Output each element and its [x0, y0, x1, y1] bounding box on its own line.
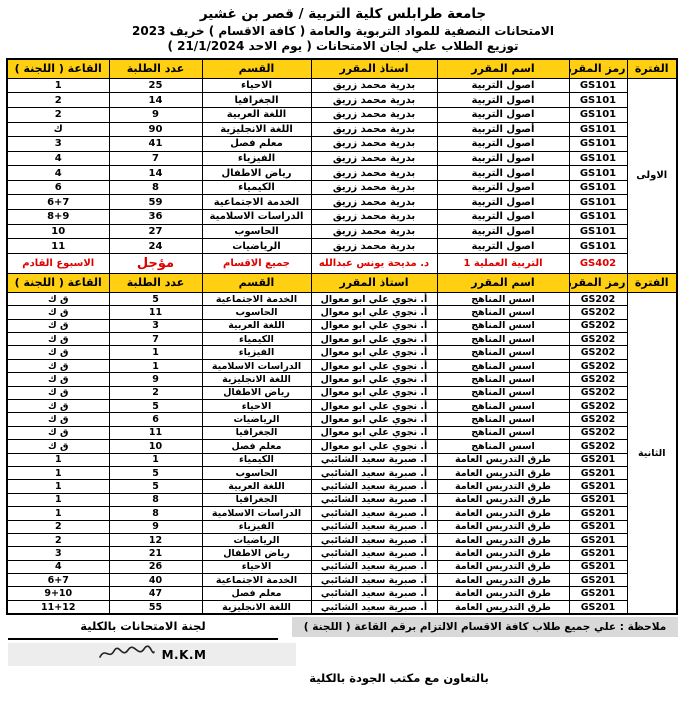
cell-room: 8+9 [7, 210, 109, 225]
cell-count: 7 [109, 333, 202, 346]
cell-count: 55 [109, 600, 202, 614]
exam-row: GS101اصول التربيةبدرية محمد زريقالحاسوب2… [7, 224, 677, 239]
cell-dept: الخدمة الاجتماعية [202, 195, 311, 210]
exam-row: GS101اصول التربيةبدرية محمد زريقاللغة ال… [7, 107, 677, 122]
cell-room: ق ك [7, 306, 109, 319]
cell-code: GS101 [569, 224, 627, 239]
col-header-count: عدد الطلبة [109, 59, 202, 79]
cell-dept: الاحياء [202, 399, 311, 412]
exam-row: GS202اسس المناهجأ. نجوي علي ابو معوالالل… [7, 373, 677, 386]
cell-dept: الحاسوب [202, 306, 311, 319]
exam-row: GS101اصول التربيةبدرية محمد زريقالجغرافي… [7, 93, 677, 108]
cell-code: GS202 [569, 413, 627, 426]
cell-code: GS202 [569, 346, 627, 359]
cell-course: التربية العملية 1 [437, 253, 569, 273]
col-header-period: الفترة [627, 273, 677, 292]
cell-course: اسس المناهج [437, 292, 569, 305]
cell-code: GS201 [569, 520, 627, 533]
cell-dept: اللغة العربية [202, 319, 311, 332]
cell-course: اصول التربية [437, 166, 569, 181]
exam-row: GS101اصول التربيةبدرية محمد زريقالكيمياء… [7, 180, 677, 195]
cell-code: GS201 [569, 560, 627, 573]
cell-count: مؤجل [109, 253, 202, 273]
cell-teacher: أ. صبرية سعيد الشائبي [311, 493, 437, 506]
cell-code: GS101 [569, 180, 627, 195]
cell-teacher: بدرية محمد زريق [311, 107, 437, 122]
cell-teacher: أ. نجوي علي ابو معوال [311, 319, 437, 332]
cell-dept: الكيمياء [202, 180, 311, 195]
exam-row: GS201طرق التدريس العامةأ. صبرية سعيد الش… [7, 574, 677, 587]
cell-dept: جميع الاقسام [202, 253, 311, 273]
cell-course: اسس المناهج [437, 426, 569, 439]
cell-dept: الرياضيات [202, 413, 311, 426]
exam-row: GS202اسس المناهجأ. نجوي علي ابو معوالمعل… [7, 440, 677, 453]
cell-code: GS202 [569, 440, 627, 453]
cell-room: 11+12 [7, 600, 109, 614]
cell-teacher: بدرية محمد زريق [311, 151, 437, 166]
cell-code: GS101 [569, 137, 627, 152]
cell-room: 1 [7, 493, 109, 506]
cell-code: GS101 [569, 166, 627, 181]
cell-room: 1 [7, 480, 109, 493]
col-header-code: رمز المقرر [569, 59, 627, 79]
col-header-dept: القسم [202, 273, 311, 292]
cooperation-note: بالتعاون مع مكتب الجودة بالكلية [0, 671, 686, 685]
cell-course: اصول التربية [437, 137, 569, 152]
cell-dept: الدراسات الاسلامية [202, 359, 311, 372]
cell-code: GS402 [569, 253, 627, 273]
cell-teacher: بدرية محمد زريق [311, 239, 437, 254]
cell-room: 11 [7, 239, 109, 254]
cell-count: 1 [109, 453, 202, 466]
cell-teacher: أ. صبرية سعيد الشائبي [311, 480, 437, 493]
cell-code: GS202 [569, 306, 627, 319]
cell-teacher: أ. نجوي علي ابو معوال [311, 413, 437, 426]
cell-dept: الفيزياء [202, 346, 311, 359]
university-title: جامعة طرابلس كلية التربية / قصر بن غشير [0, 6, 686, 24]
cell-room: 2 [7, 520, 109, 533]
cell-code: GS101 [569, 93, 627, 108]
cell-dept: الجغرافيا [202, 493, 311, 506]
exam-row: GS101أصول التربيةبدرية محمد زريقاللغة ال… [7, 122, 677, 137]
cell-dept: الخدمة الاجتماعية [202, 292, 311, 305]
distribution-title: توزيع الطلاب علي لجان الامتحانات ( يوم ا… [0, 39, 686, 55]
cell-code: GS202 [569, 319, 627, 332]
exam-row: GS101اصول التربيةبدرية محمد زريقالخدمة ا… [7, 195, 677, 210]
cell-dept: الخدمة الاجتماعية [202, 574, 311, 587]
cell-course: طرق التدريس العامة [437, 520, 569, 533]
cell-room: ق ك [7, 399, 109, 412]
cell-course: اصول التربية [437, 195, 569, 210]
cell-code: GS201 [569, 547, 627, 560]
cell-dept: اللغة العربية [202, 107, 311, 122]
cell-teacher: أ. نجوي علي ابو معوال [311, 440, 437, 453]
cell-code: GS201 [569, 493, 627, 506]
cell-dept: رياض الاطفال [202, 386, 311, 399]
cell-dept: اللغة الانجليزية [202, 122, 311, 137]
exam-row: GS101اصول التربيةبدرية محمد زريقالرياضيا… [7, 239, 677, 254]
cell-code: GS101 [569, 195, 627, 210]
cell-teacher: أ. صبرية سعيد الشائبي [311, 547, 437, 560]
exam-schedule-table: الفترةرمز المقرراسم المقرراستاذ المقررال… [6, 58, 678, 616]
cell-code: GS201 [569, 600, 627, 614]
cell-teacher: بدرية محمد زريق [311, 166, 437, 181]
exam-row: GS201طرق التدريس العامةأ. صبرية سعيد الش… [7, 466, 677, 479]
cell-code: GS201 [569, 507, 627, 520]
cell-room: 6 [7, 180, 109, 195]
cell-course: اصول التربية [437, 180, 569, 195]
footer-row: ملاحظة : علي جميع طلاب كافة الاقسام الال… [8, 617, 678, 640]
col-header-teacher: استاذ المقرر [311, 59, 437, 79]
cell-count: 36 [109, 210, 202, 225]
cell-teacher: أ. نجوي علي ابو معوال [311, 373, 437, 386]
cell-count: 3 [109, 319, 202, 332]
cell-code: GS101 [569, 107, 627, 122]
cell-teacher: أ. نجوي علي ابو معوال [311, 346, 437, 359]
cell-room: 4 [7, 151, 109, 166]
cell-room: 2 [7, 107, 109, 122]
cell-teacher: أ. نجوي علي ابو معوال [311, 292, 437, 305]
cell-teacher: بدرية محمد زريق [311, 195, 437, 210]
cell-dept: الجغرافيا [202, 426, 311, 439]
cell-count: 9 [109, 373, 202, 386]
cell-course: اصول التربية [437, 93, 569, 108]
cell-teacher: أ. صبرية سعيد الشائبي [311, 600, 437, 614]
cell-count: 12 [109, 533, 202, 546]
cell-room: ق ك [7, 386, 109, 399]
cell-count: 5 [109, 466, 202, 479]
cell-room: 6+7 [7, 195, 109, 210]
committee-label: لجنة الامتحانات بالكلية [8, 617, 278, 640]
cell-code: GS201 [569, 587, 627, 600]
cell-dept: معلم فصل [202, 440, 311, 453]
exam-row: GS101اصول التربيةبدرية محمد زريقالدراسات… [7, 210, 677, 225]
exam-row: الثانيةGS202اسس المناهجأ. نجوي علي ابو م… [7, 292, 677, 305]
cell-course: اسس المناهج [437, 319, 569, 332]
col-header-room: القاعة ( اللجنة ) [7, 273, 109, 292]
cell-course: طرق التدريس العامة [437, 493, 569, 506]
cell-teacher: بدرية محمد زريق [311, 137, 437, 152]
cell-course: طرق التدريس العامة [437, 600, 569, 614]
cell-teacher: أ. صبرية سعيد الشائبي [311, 453, 437, 466]
cell-teacher: بدرية محمد زريق [311, 93, 437, 108]
cell-course: طرق التدريس العامة [437, 533, 569, 546]
cell-code: GS202 [569, 333, 627, 346]
cell-count: 1 [109, 359, 202, 372]
col-header-course: اسم المقرر [437, 59, 569, 79]
cell-course: طرق التدريس العامة [437, 466, 569, 479]
cell-code: GS101 [569, 210, 627, 225]
cell-room: 1 [7, 78, 109, 93]
cell-dept: الدراسات الاسلامية [202, 507, 311, 520]
cell-teacher: أ. صبرية سعيد الشائبي [311, 520, 437, 533]
cell-count: 8 [109, 507, 202, 520]
cell-teacher: أ. نجوي علي ابو معوال [311, 359, 437, 372]
cell-room: 4 [7, 166, 109, 181]
cell-dept: الدراسات الاسلامية [202, 210, 311, 225]
cell-count: 5 [109, 399, 202, 412]
col-header-count: عدد الطلبة [109, 273, 202, 292]
signature-scribble-icon [98, 644, 156, 666]
cell-room: ق ك [7, 319, 109, 332]
cell-count: 25 [109, 78, 202, 93]
cell-course: اسس المناهج [437, 399, 569, 412]
cell-course: اسس المناهج [437, 386, 569, 399]
cell-course: اصول التربية [437, 210, 569, 225]
cell-course: أصول التربية [437, 122, 569, 137]
cell-course: اسس المناهج [437, 373, 569, 386]
cell-code: GS201 [569, 453, 627, 466]
cell-dept: الحاسوب [202, 224, 311, 239]
exam-title: الامتحانات النصفية للمواد التربوية والعا… [0, 24, 686, 40]
cell-course: طرق التدريس العامة [437, 587, 569, 600]
cell-room: ق ك [7, 292, 109, 305]
cell-course: اسس المناهج [437, 333, 569, 346]
cell-code: GS201 [569, 574, 627, 587]
exam-row: GS202اسس المناهجأ. نجوي علي ابو معوالالد… [7, 359, 677, 372]
cell-room: ق ك [7, 373, 109, 386]
exam-row: GS202اسس المناهجأ. نجوي علي ابو معوالالا… [7, 399, 677, 412]
cell-course: طرق التدريس العامة [437, 574, 569, 587]
cell-dept: الرياضيات [202, 533, 311, 546]
cell-count: 10 [109, 440, 202, 453]
cell-count: 27 [109, 224, 202, 239]
cell-room: 2 [7, 93, 109, 108]
col-header-room: القاعة ( اللجنة ) [7, 59, 109, 79]
table-header-row: الفترةرمز المقرراسم المقرراستاذ المقررال… [7, 273, 677, 292]
exam-row: GS201طرق التدريس العامةأ. صبرية سعيد الش… [7, 453, 677, 466]
cell-room: 1 [7, 466, 109, 479]
cell-room: ق ك [7, 333, 109, 346]
cell-teacher: بدرية محمد زريق [311, 78, 437, 93]
cell-course: اصول التربية [437, 78, 569, 93]
cell-code: GS101 [569, 78, 627, 93]
cell-teacher: أ. صبرية سعيد الشائبي [311, 560, 437, 573]
cell-code: GS202 [569, 399, 627, 412]
cell-course: اسس المناهج [437, 346, 569, 359]
exam-row: GS101اصول التربيةبدرية محمد زريقرياض الا… [7, 166, 677, 181]
note-banner: ملاحظة : علي جميع طلاب كافة الاقسام الال… [292, 617, 678, 637]
exam-row: GS202اسس المناهجأ. نجوي علي ابو معوالالر… [7, 413, 677, 426]
signature-band: M.K.M [8, 643, 296, 666]
cell-dept: اللغة الانجليزية [202, 600, 311, 614]
cell-count: 59 [109, 195, 202, 210]
cell-teacher: أ. صبرية سعيد الشائبي [311, 574, 437, 587]
cell-count: 11 [109, 306, 202, 319]
cell-teacher: أ. نجوي علي ابو معوال [311, 386, 437, 399]
cell-code: GS101 [569, 122, 627, 137]
cell-dept: اللغة العربية [202, 480, 311, 493]
cell-count: 6 [109, 413, 202, 426]
exam-row: GS202اسس المناهجأ. نجوي علي ابو معوالالك… [7, 333, 677, 346]
exam-row: GS201طرق التدريس العامةأ. صبرية سعيد الش… [7, 533, 677, 546]
cell-dept: الفيزياء [202, 151, 311, 166]
cell-course: طرق التدريس العامة [437, 560, 569, 573]
col-header-code: رمز المقرر [569, 273, 627, 292]
table-header-row: الفترةرمز المقرراسم المقرراستاذ المقررال… [7, 59, 677, 79]
cell-dept: الجغرافيا [202, 93, 311, 108]
cell-code: GS202 [569, 426, 627, 439]
exam-row: GS201طرق التدريس العامةأ. صبرية سعيد الش… [7, 520, 677, 533]
cell-dept: الحاسوب [202, 466, 311, 479]
cell-room: 1 [7, 507, 109, 520]
cell-code: GS202 [569, 373, 627, 386]
cell-count: 40 [109, 574, 202, 587]
cell-code: GS202 [569, 386, 627, 399]
cell-teacher: بدرية محمد زريق [311, 122, 437, 137]
cell-dept: الفيزياء [202, 520, 311, 533]
cell-count: 41 [109, 137, 202, 152]
exam-row: GS202اسس المناهجأ. نجوي علي ابو معوالالج… [7, 426, 677, 439]
cell-count: 24 [109, 239, 202, 254]
cell-teacher: بدرية محمد زريق [311, 224, 437, 239]
cell-room: ق ك [7, 413, 109, 426]
exam-row: GS202اسس المناهجأ. نجوي علي ابو معوالالف… [7, 346, 677, 359]
cell-dept: الكيمياء [202, 453, 311, 466]
exam-table-body: الفترةرمز المقرراسم المقرراستاذ المقررال… [7, 59, 677, 615]
cell-course: اصول التربية [437, 224, 569, 239]
period-cell: الاولى [627, 78, 677, 273]
cell-room: 6+7 [7, 574, 109, 587]
cell-code: GS201 [569, 480, 627, 493]
cell-room: ك [7, 122, 109, 137]
cell-course: اصول التربية [437, 151, 569, 166]
cell-count: 47 [109, 587, 202, 600]
period-cell: الثانية [627, 292, 677, 614]
cell-count: 1 [109, 346, 202, 359]
exam-row: GS101اصول التربيةبدرية محمد زريقمعلم فصل… [7, 137, 677, 152]
cell-count: 14 [109, 166, 202, 181]
exam-row: GS201طرق التدريس العامةأ. صبرية سعيد الش… [7, 493, 677, 506]
col-header-teacher: استاذ المقرر [311, 273, 437, 292]
cell-count: 2 [109, 386, 202, 399]
document-header: جامعة طرابلس كلية التربية / قصر بن غشير … [0, 0, 686, 55]
cell-course: طرق التدريس العامة [437, 547, 569, 560]
cell-room: 2 [7, 533, 109, 546]
cell-dept: الرياضيات [202, 239, 311, 254]
cell-course: طرق التدريس العامة [437, 507, 569, 520]
cell-count: 5 [109, 480, 202, 493]
cell-count: 11 [109, 426, 202, 439]
cell-room: ق ك [7, 440, 109, 453]
cell-room: الاسبوع القادم [7, 253, 109, 273]
cell-teacher: أ. صبرية سعيد الشائبي [311, 507, 437, 520]
cell-room: 10 [7, 224, 109, 239]
cell-course: اسس المناهج [437, 413, 569, 426]
col-header-course: اسم المقرر [437, 273, 569, 292]
cell-teacher: أ. صبرية سعيد الشائبي [311, 533, 437, 546]
exam-row: GS201طرق التدريس العامةأ. صبرية سعيد الش… [7, 560, 677, 573]
cell-teacher: أ. صبرية سعيد الشائبي [311, 466, 437, 479]
cell-count: 7 [109, 151, 202, 166]
cell-count: 9 [109, 520, 202, 533]
cell-room: 3 [7, 137, 109, 152]
cell-dept: رياض الاطفال [202, 166, 311, 181]
exam-row: GS201طرق التدريس العامةأ. صبرية سعيد الش… [7, 507, 677, 520]
cell-count: 21 [109, 547, 202, 560]
cell-code: GS101 [569, 151, 627, 166]
exam-row: GS202اسس المناهجأ. نجوي علي ابو معوالالل… [7, 319, 677, 332]
cell-course: اسس المناهج [437, 359, 569, 372]
exam-row: GS201طرق التدريس العامةأ. صبرية سعيد الش… [7, 587, 677, 600]
cell-teacher: أ. نجوي علي ابو معوال [311, 426, 437, 439]
cell-course: اصول التربية [437, 107, 569, 122]
cell-course: طرق التدريس العامة [437, 480, 569, 493]
cell-room: 3 [7, 547, 109, 560]
cell-course: طرق التدريس العامة [437, 453, 569, 466]
cell-count: 9 [109, 107, 202, 122]
exam-row: GS202اسس المناهجأ. نجوي علي ابو معوالريا… [7, 386, 677, 399]
cell-code: GS201 [569, 466, 627, 479]
cell-teacher: بدرية محمد زريق [311, 180, 437, 195]
exam-row: GS201طرق التدريس العامةأ. صبرية سعيد الش… [7, 547, 677, 560]
cell-room: 1 [7, 453, 109, 466]
cell-count: 26 [109, 560, 202, 573]
cell-teacher: بدرية محمد زريق [311, 210, 437, 225]
exam-row: GS402التربية العملية 1د. مديحة يونس عبدا… [7, 253, 677, 273]
cell-code: GS201 [569, 533, 627, 546]
exam-row: GS101اصول التربيةبدرية محمد زريقالفيزياء… [7, 151, 677, 166]
cell-teacher: أ. نجوي علي ابو معوال [311, 399, 437, 412]
cell-teacher: أ. صبرية سعيد الشائبي [311, 587, 437, 600]
cell-count: 90 [109, 122, 202, 137]
exam-row: الاولىGS101اصول التربيةبدرية محمد زريقال… [7, 78, 677, 93]
exam-row: GS201طرق التدريس العامةأ. صبرية سعيد الش… [7, 600, 677, 614]
exam-row: GS202اسس المناهجأ. نجوي علي ابو معوالالح… [7, 306, 677, 319]
cell-dept: معلم فصل [202, 587, 311, 600]
cell-course: اسس المناهج [437, 440, 569, 453]
cell-dept: الكيمياء [202, 333, 311, 346]
cell-course: اسس المناهج [437, 306, 569, 319]
cell-teacher: أ. نجوي علي ابو معوال [311, 306, 437, 319]
cell-code: GS202 [569, 359, 627, 372]
cell-dept: الاحياء [202, 78, 311, 93]
cell-room: ق ك [7, 426, 109, 439]
cell-teacher: أ. نجوي علي ابو معوال [311, 333, 437, 346]
cell-code: GS101 [569, 239, 627, 254]
col-header-period: الفترة [627, 59, 677, 79]
cell-room: 4 [7, 560, 109, 573]
cell-dept: اللغة الانجليزية [202, 373, 311, 386]
cell-dept: الاحياء [202, 560, 311, 573]
cell-room: ق ك [7, 346, 109, 359]
cell-count: 8 [109, 180, 202, 195]
cell-dept: رياض الاطفال [202, 547, 311, 560]
cell-count: 5 [109, 292, 202, 305]
cell-room: ق ك [7, 359, 109, 372]
cell-dept: معلم فصل [202, 137, 311, 152]
cell-code: GS202 [569, 292, 627, 305]
col-header-dept: القسم [202, 59, 311, 79]
exam-row: GS201طرق التدريس العامةأ. صبرية سعيد الش… [7, 480, 677, 493]
cell-teacher: د. مديحة يونس عبدالله [311, 253, 437, 273]
document-page: جامعة طرابلس كلية التربية / قصر بن غشير … [0, 0, 686, 702]
cell-count: 14 [109, 93, 202, 108]
cell-count: 8 [109, 493, 202, 506]
cell-room: 9+10 [7, 587, 109, 600]
cell-course: اصول التربية [437, 239, 569, 254]
signature-initials: M.K.M [162, 648, 207, 662]
